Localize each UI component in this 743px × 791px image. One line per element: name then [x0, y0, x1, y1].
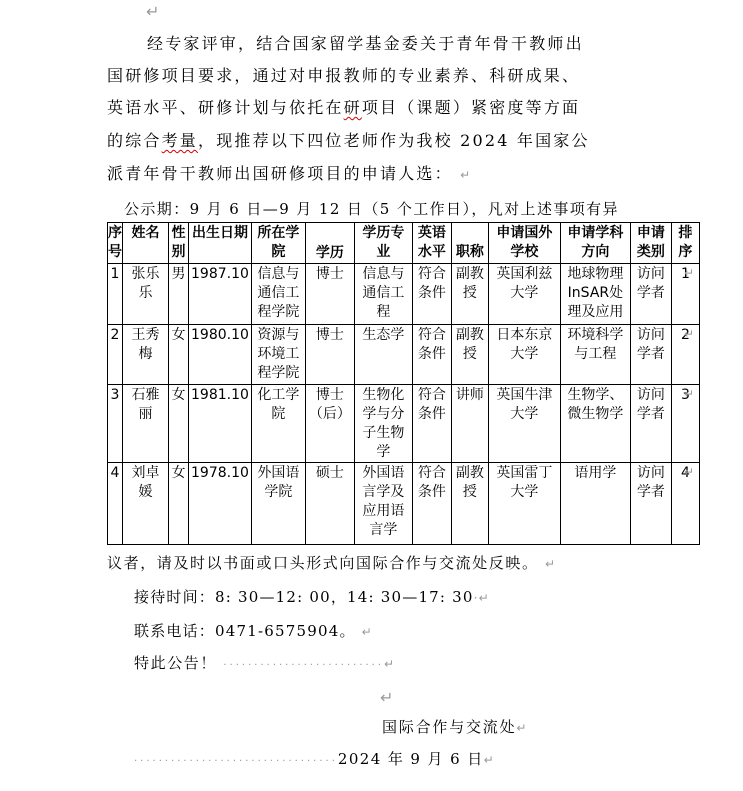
cell-english: 符合条件	[412, 325, 451, 385]
header-birth: 出生日期	[189, 223, 252, 264]
cell-school: 英国雷丁大学	[488, 463, 560, 545]
row-end-mark: ↵	[684, 226, 694, 240]
row-end-mark: ↵	[684, 465, 694, 479]
cell-gender: 女	[169, 325, 189, 385]
cell-title: 副教授	[451, 463, 488, 545]
candidates-table: 序号 姓名 性别 出生日期 所在学院 学历 学历专业 英语水平 职称 申请国外学…	[107, 222, 700, 545]
intro-line-5: 派青年骨干教师出国研修项目的申请人选： ↵	[107, 164, 472, 185]
cell-birth: 1981.10	[189, 385, 252, 463]
header-school: 申请国外学校	[488, 223, 560, 264]
table-row: 3 石雅丽 女 1981.10 化工学院 博士（后） 生物化学与分子生物学 符合…	[108, 385, 700, 463]
cell-name: 刘卓媛	[123, 463, 169, 545]
cell-field: 地球物理InSAR处理及应用	[560, 264, 630, 325]
cell-college: 信息与通信工程学院	[251, 264, 305, 325]
contact-phone: 联系电话：0471-6575904。 ↵	[134, 621, 373, 642]
table-header-row: 序号 姓名 性别 出生日期 所在学院 学历 学历专业 英语水平 职称 申请国外学…	[108, 223, 700, 264]
cell-birth: 1978.10	[189, 463, 252, 545]
cell-name: 张乐乐	[123, 264, 169, 325]
intro-line-2: 国研修项目要求，通过对申报教师的专业素养、科研成果、	[107, 66, 580, 86]
signature-date: ·································2024 年 …	[134, 749, 495, 772]
header-type: 申请类别	[630, 223, 671, 264]
cell-college: 化工学院	[251, 385, 305, 463]
signature-org: 国际合作与交流处↵	[382, 717, 528, 738]
header-degree: 学历	[305, 223, 354, 264]
cell-no: 1	[108, 264, 123, 325]
cell-major: 生态学	[354, 325, 412, 385]
header-field: 申请学科方向	[560, 223, 630, 264]
empty-paragraph-mark: ↵	[380, 688, 396, 708]
cell-college: 外国语学院	[251, 463, 305, 545]
cell-no: 2	[108, 325, 123, 385]
reception-hours: 接待时间：8: 30—12: 00，14: 30—17: 30·↵	[134, 587, 490, 608]
cell-name: 王秀梅	[123, 325, 169, 385]
cell-type: 访问学者	[630, 463, 671, 545]
header-college: 所在学院	[251, 223, 305, 264]
cell-major: 信息与通信工程	[354, 264, 412, 325]
cell-gender: 男	[169, 264, 189, 325]
cell-title: 副教授	[451, 264, 488, 325]
cell-school: 日本东京大学	[488, 325, 560, 385]
cell-type: 访问学者	[630, 325, 671, 385]
cell-major: 外国语言学及应用语言学	[354, 463, 412, 545]
cell-field: 语用学	[560, 463, 630, 545]
cell-english: 符合条件	[412, 385, 451, 463]
header-no: 序号	[108, 223, 123, 264]
row-end-mark: ↵	[684, 387, 694, 401]
header-english: 英语水平	[412, 223, 451, 264]
cell-degree: 博士	[305, 264, 354, 325]
cell-title: 副教授	[451, 325, 488, 385]
cell-birth: 1987.10	[189, 264, 252, 325]
cell-field: 环境科学与工程	[560, 325, 630, 385]
empty-paragraph-mark: ↵	[146, 2, 162, 22]
notice-period: 公示期：9 月 6 日—9 月 12 日（5 个工作日），凡对上述事项有异	[124, 199, 619, 219]
cell-degree: 硕士	[305, 463, 354, 545]
cell-title: 讲师	[451, 385, 488, 463]
cell-field: 生物学、微生物学	[560, 385, 630, 463]
cell-gender: 女	[169, 385, 189, 463]
notice-continuation: 议者，请及时以书面或口头形式向国际合作与交流处反映。 ↵	[107, 553, 557, 574]
cell-english: 符合条件	[412, 264, 451, 325]
table-row: 1 张乐乐 男 1987.10 信息与通信工程学院 博士 信息与通信工程 符合条…	[108, 264, 700, 325]
cell-school: 英国牛津大学	[488, 385, 560, 463]
intro-line-1: 经专家评审，结合国家留学基金委关于青年骨干教师出	[147, 34, 584, 54]
header-title: 职称	[451, 223, 488, 264]
cell-no: 4	[108, 463, 123, 545]
intro-line-4: 的综合考量，现推荐以下四位老师作为我校 2024 年国家公	[107, 131, 590, 151]
row-end-mark: ↵	[684, 266, 694, 280]
cell-school: 英国利兹大学	[488, 264, 560, 325]
table-row: 4 刘卓媛 女 1978.10 外国语学院 硕士 外国语言学及应用语言学 符合条…	[108, 463, 700, 545]
cell-no: 3	[108, 385, 123, 463]
cell-birth: 1980.10	[189, 325, 252, 385]
cell-major: 生物化学与分子生物学	[354, 385, 412, 463]
cell-degree: 博士（后）	[305, 385, 354, 463]
closing-line: 特此公告！ ··························↵	[134, 653, 396, 676]
intro-line-3: 英语水平、研修计划与依托在研项目（课题）紧密度等方面	[107, 98, 580, 118]
header-major: 学历专业	[354, 223, 412, 264]
cell-name: 石雅丽	[123, 385, 169, 463]
header-name: 姓名	[123, 223, 169, 264]
cell-english: 符合条件	[412, 463, 451, 545]
cell-type: 访问学者	[630, 385, 671, 463]
row-end-mark: ↵	[684, 327, 694, 341]
cell-type: 访问学者	[630, 264, 671, 325]
cell-college: 资源与环境工程学院	[251, 325, 305, 385]
cell-gender: 女	[169, 463, 189, 545]
header-gender: 性别	[169, 223, 189, 264]
table-row: 2 王秀梅 女 1980.10 资源与环境工程学院 博士 生态学 符合条件 副教…	[108, 325, 700, 385]
cell-degree: 博士	[305, 325, 354, 385]
